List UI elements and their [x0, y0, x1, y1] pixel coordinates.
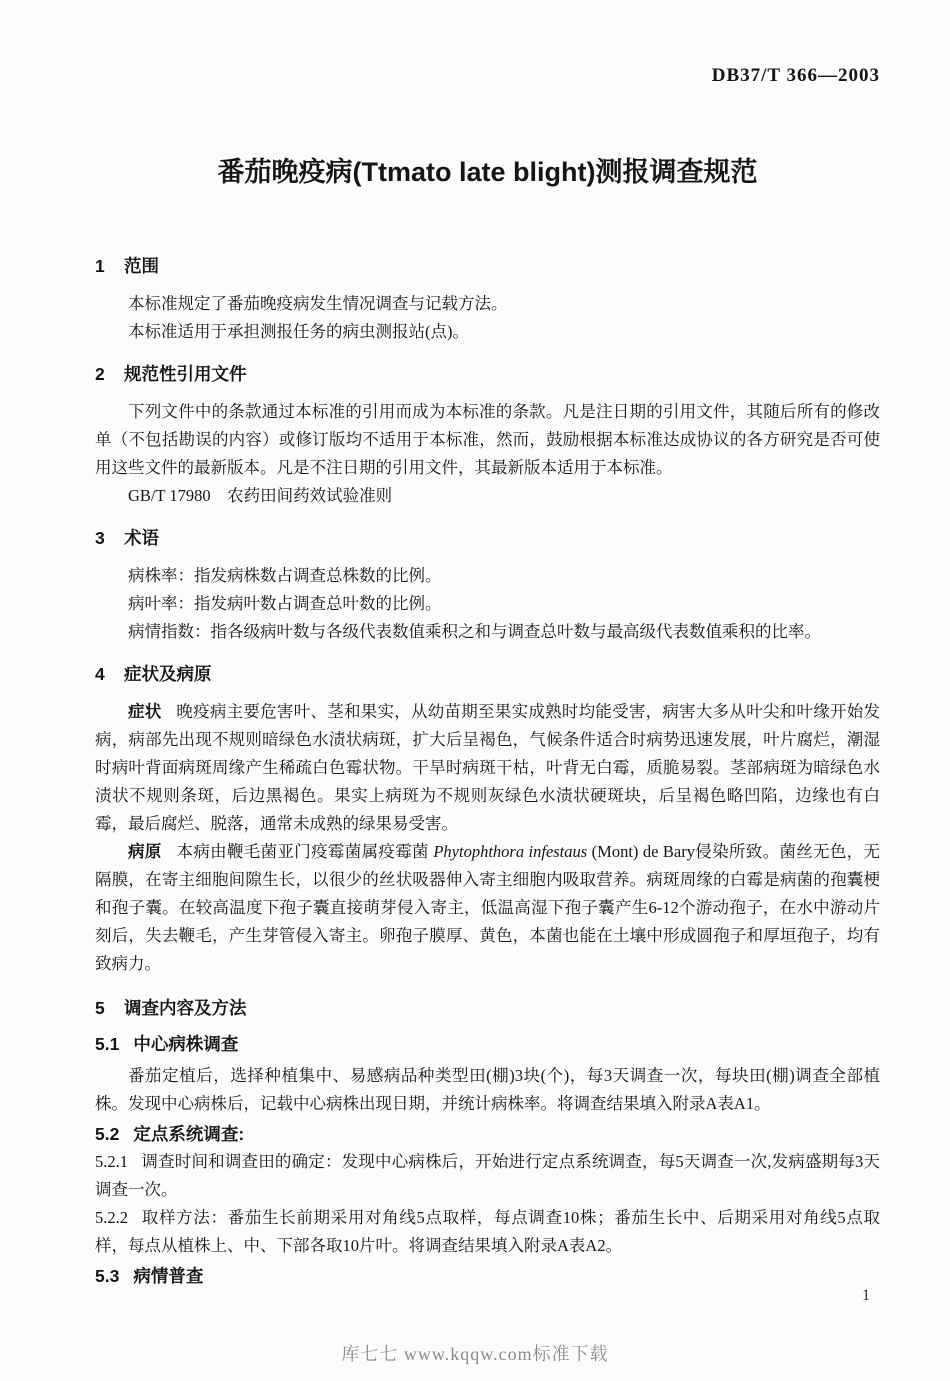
clause-5-2-1-number: 5.2.1 [95, 1152, 128, 1171]
section-1-title: 范围 [124, 256, 159, 276]
term-definition-3: 病情指数：指各级病叶数与各级代表数值乘积之和与调查总叶数与最高级代表数值乘积的比… [95, 618, 880, 646]
section-4-number: 4 [95, 664, 105, 684]
pathogen-latin-name: Phytophthora infestaus [433, 842, 587, 861]
clause-5-2-2-number: 5.2.2 [95, 1208, 128, 1227]
section-1-number: 1 [95, 256, 105, 276]
section-2-heading: 2规范性引用文件 [95, 360, 880, 388]
symptom-label: 症状 [128, 702, 162, 721]
clause-5-2-2-paragraph: 5.2.2取样方法：番茄生长前期采用对角线5点取样，每点调查10株；番茄生长中、… [95, 1204, 880, 1260]
section-5-2-heading: 5.2定点系统调查: [95, 1120, 880, 1148]
clause-5-2-2-text: 取样方法：番茄生长前期采用对角线5点取样，每点调查10株；番茄生长中、后期采用对… [95, 1208, 880, 1255]
term-definition-2: 病叶率：指发病叶数占调查总叶数的比例。 [95, 590, 880, 618]
section-4-heading: 4症状及病原 [95, 660, 880, 688]
clause-5-2-1-text: 调查时间和调查田的确定：发现中心病株后，开始进行定点系统调查，每5天调查一次,发… [95, 1152, 880, 1199]
section-3-number: 3 [95, 528, 105, 548]
clause-5-2-1-paragraph: 5.2.1调查时间和调查田的确定：发现中心病株后，开始进行定点系统调查，每5天调… [95, 1148, 880, 1204]
section-4-title: 症状及病原 [124, 664, 212, 684]
page-number: 1 [862, 1282, 870, 1310]
pathogen-label: 病原 [128, 842, 162, 861]
pathogen-text-suffix: (Mont) de Bary侵染所致。菌丝无色，无隔膜，在寄主细胞间隙生长，以很… [95, 842, 880, 973]
document-page: DB37/T 366—2003 番茄晚疫病(Ttmato late blight… [0, 0, 950, 1381]
section-3-title: 术语 [124, 528, 159, 548]
section-5-2-title: 定点系统调查: [133, 1124, 244, 1144]
section-5-2-number: 5.2 [95, 1124, 119, 1144]
section-5-heading: 5调查内容及方法 [95, 994, 880, 1022]
section-5-3-number: 5.3 [95, 1266, 119, 1286]
section-5-title: 调查内容及方法 [124, 998, 247, 1018]
referenced-standard-line: GB/T 17980 农药田间药效试验准则 [95, 482, 880, 510]
term-definition-1: 病株率：指发病株数占调查总株数的比例。 [95, 562, 880, 590]
section-5-3-heading: 5.3病情普查 [95, 1262, 880, 1290]
scope-paragraph-1: 本标准规定了番茄晚疫病发生情况调查与记载方法。 [95, 290, 880, 318]
section-2-number: 2 [95, 364, 105, 384]
symptom-paragraph: 症状晚疫病主要危害叶、茎和果实，从幼苗期至果实成熟时均能受害，病害大多从叶尖和叶… [95, 698, 880, 838]
document-title: 番茄晚疫病(Ttmato late blight)测报调查规范 [95, 152, 880, 192]
symptom-text: 晚疫病主要危害叶、茎和果实，从幼苗期至果实成熟时均能受害，病害大多从叶尖和叶缘开… [95, 702, 880, 833]
section-5-1-heading: 5.1中心病株调查 [95, 1030, 880, 1058]
pathogen-text-prefix: 本病由鞭毛菌亚门疫霉菌属疫霉菌 [177, 842, 434, 861]
section-5-number: 5 [95, 998, 105, 1018]
section-5-1-title: 中心病株调查 [133, 1034, 238, 1054]
section-3-heading: 3术语 [95, 524, 880, 552]
section-5-3-title: 病情普查 [133, 1266, 203, 1286]
watermark-download-notice: 库七七 www.kqqw.com标准下载 [0, 1340, 950, 1368]
scope-paragraph-2: 本标准适用于承担测报任务的病虫测报站(点)。 [95, 318, 880, 346]
standard-number: DB37/T 366—2003 [95, 62, 880, 90]
normative-references-paragraph: 下列文件中的条款通过本标准的引用而成为本标准的条款。凡是注日期的引用文件，其随后… [95, 398, 880, 482]
section-1-heading: 1范围 [95, 252, 880, 280]
pathogen-paragraph: 病原本病由鞭毛菌亚门疫霉菌属疫霉菌 Phytophthora infestaus… [95, 838, 880, 978]
section-2-title: 规范性引用文件 [124, 364, 247, 384]
section-5-1-number: 5.1 [95, 1034, 119, 1054]
central-diseased-plant-paragraph: 番茄定植后，选择种植集中、易感病品种类型田(棚)3块(个)，每3天调查一次，每块… [95, 1062, 880, 1118]
